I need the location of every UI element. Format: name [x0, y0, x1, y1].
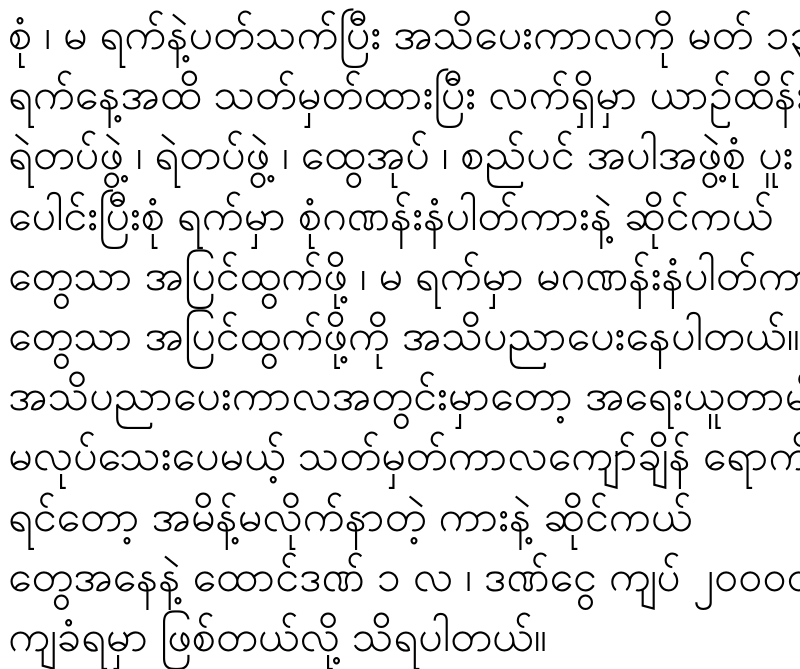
text-line-8: မလုပ်သေးပေမယ့် သတ်မှတ်ကာလကျော်ချိန် ရောက… [8, 426, 794, 486]
text-line-3: ရဲတပ်ဖွဲ့ ၊ ရဲတပ်ဖွဲ့ ၊ ထွေအုပ် ၊ စည်ပင်… [8, 125, 794, 185]
document-page: စုံ ၊ မ ရက်နဲ့ပတ်သက်ပြီး အသိပေးကာလကို မတ… [0, 0, 800, 669]
text-line-6: တွေသာ အပြင်ထွက်ဖို့ကို အသိပညာပေးနေပါတယ်။ [8, 306, 794, 366]
text-line-1: စုံ ၊ မ ရက်နဲ့ပတ်သက်ပြီး အသိပေးကာလကို မတ… [8, 5, 794, 65]
text-line-7: အသိပညာပေးကာလအတွင်းမှာတော့ အရေးယူတာမျိုး [8, 366, 794, 426]
text-line-4: ပေါင်းပြီးစုံ ရက်မှာ စုံဂဏန်းနံပါတ်ကားနဲ… [8, 186, 794, 246]
text-line-5: တွေသာ အပြင်ထွက်ဖို့ ၊ မ ရက်မှာ မဂဏန်းနံပ… [8, 246, 794, 306]
text-line-11: ကျခံရမှာ ဖြစ်တယ်လို့ သိရပါတယ်။ [8, 607, 794, 667]
text-line-2: ရက်နေ့အထိ သတ်မှတ်ထားပြီး လက်ရှိမှာ ယာဉ်ထ… [8, 65, 794, 125]
text-line-10: တွေအနေနဲ့ ထောင်ဒဏ် ၁ လ ၊ ဒဏ်ငွေ ကျပ် ၂၀၀… [8, 547, 794, 607]
text-line-9: ရင်တော့ အမိန့်မလိုက်နာတဲ့ ကားနဲ့ ဆိုင်ကယ… [8, 487, 794, 547]
